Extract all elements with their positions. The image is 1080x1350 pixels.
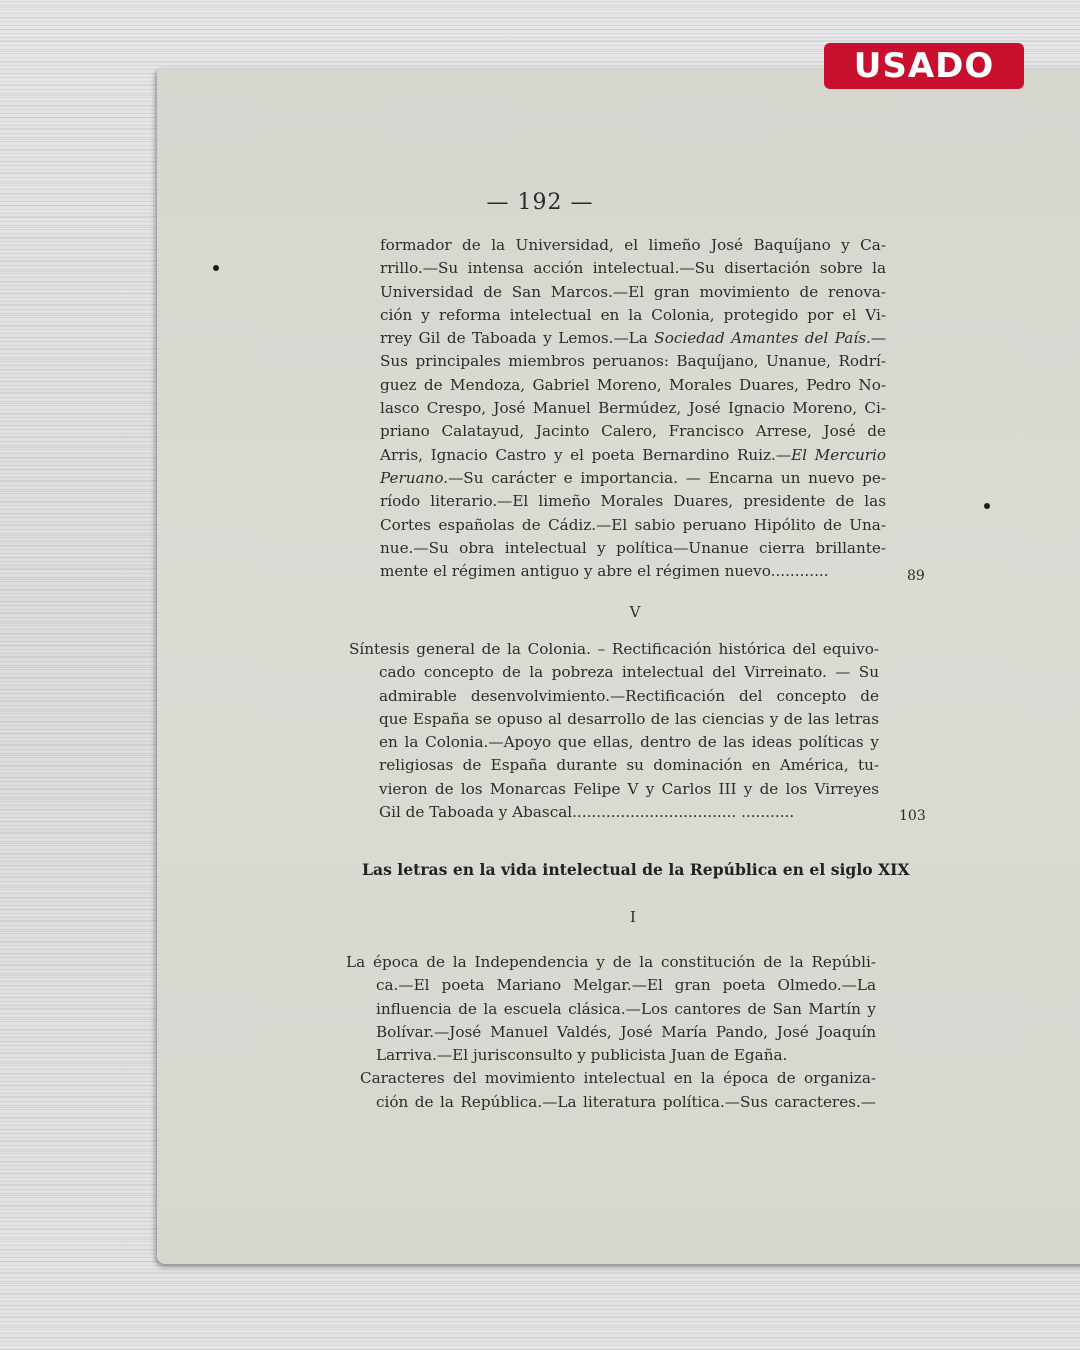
text-line: ca.—El poeta Mariano Melgar.—El gran poe… xyxy=(346,974,876,997)
text-line: formador de la Universidad, el limeño Jo… xyxy=(380,234,886,257)
text-line: religiosas de España durante su dominaci… xyxy=(349,754,879,777)
text-line: lasco Crespo, José Manuel Bermúdez, José… xyxy=(380,397,886,420)
text-line: que España se opuso al desarrollo de las… xyxy=(349,708,879,731)
text-line: Peruano.—Su carácter e importancia. — En… xyxy=(380,467,886,490)
text-line: Gil de Taboada y Abascal................… xyxy=(349,801,879,824)
text-line: Sus principales miembros peruanos: Baquí… xyxy=(380,350,886,373)
text-line: Larriva.—El jurisconsulto y publicista J… xyxy=(346,1044,876,1067)
toc-entry-1: formador de la Universidad, el limeño Jo… xyxy=(380,234,886,583)
section-heading: Las letras en la vida intelectual de la … xyxy=(362,860,906,879)
text-line: Arris, Ignacio Castro y el poeta Bernard… xyxy=(380,444,886,467)
text-line: Universidad de San Marcos.—El gran movim… xyxy=(380,281,886,304)
ink-spot xyxy=(984,503,990,509)
text-line: influencia de la escuela clásica.—Los ca… xyxy=(346,998,876,1021)
text-line: vieron de los Monarcas Felipe V y Carlos… xyxy=(349,778,879,801)
text-line: La época de la Independencia y de la con… xyxy=(346,951,876,974)
text-line: Síntesis general de la Colonia. – Rectif… xyxy=(349,638,879,661)
text-line: ción de la República.—La literatura polí… xyxy=(346,1091,876,1114)
text-line: rrey Gil de Taboada y Lemos.—La Sociedad… xyxy=(380,327,886,350)
text-line: Caracteres del movimiento intelectual en… xyxy=(346,1067,876,1090)
text-line: guez de Mendoza, Gabriel Moreno, Morales… xyxy=(380,374,886,397)
italic-title: Sociedad Amantes del País.— xyxy=(654,329,886,347)
text-line: ción y reforma intelectual en la Colonia… xyxy=(380,304,886,327)
section-numeral: I xyxy=(593,908,673,926)
text-line: admirable desenvolvimiento.—Rectificació… xyxy=(349,685,879,708)
page-reference: 89 xyxy=(907,568,925,584)
text-line: Cortes españolas de Cádiz.—El sabio peru… xyxy=(380,514,886,537)
text-line: mente el régimen antiguo y abre el régim… xyxy=(380,560,886,583)
text-fragment: Arris, Ignacio Castro y el poeta Bernard… xyxy=(380,446,791,464)
page-reference: 103 xyxy=(899,808,926,824)
text-line: priano Calatayud, Jacinto Calero, Franci… xyxy=(380,420,886,443)
page-number: — 192 — xyxy=(0,190,1080,215)
toc-entry-2: Síntesis general de la Colonia. – Rectif… xyxy=(349,638,879,824)
used-condition-badge: USADO xyxy=(824,43,1024,89)
text-line: en la Colonia.—Apoyo que ellas, dentro d… xyxy=(349,731,879,754)
toc-entry-3: La época de la Independencia y de la con… xyxy=(346,951,876,1114)
text-line: cado concepto de la pobreza intelectual … xyxy=(349,661,879,684)
text-line: nue.—Su obra intelectual y política—Unan… xyxy=(380,537,886,560)
text-fragment: —Su carácter e importancia. — Encarna un… xyxy=(448,469,886,487)
ink-spot xyxy=(213,265,219,271)
section-numeral: V xyxy=(595,603,675,621)
text-line: Bolívar.—José Manuel Valdés, José María … xyxy=(346,1021,876,1044)
text-line: ríodo literario.—El limeño Morales Duare… xyxy=(380,490,886,513)
text-fragment: rrey Gil de Taboada y Lemos.—La xyxy=(380,329,654,347)
text-line: rrillo.—Su intensa acción intelectual.—S… xyxy=(380,257,886,280)
italic-title: Peruano. xyxy=(380,469,448,487)
italic-title: El Mercurio xyxy=(791,446,886,464)
